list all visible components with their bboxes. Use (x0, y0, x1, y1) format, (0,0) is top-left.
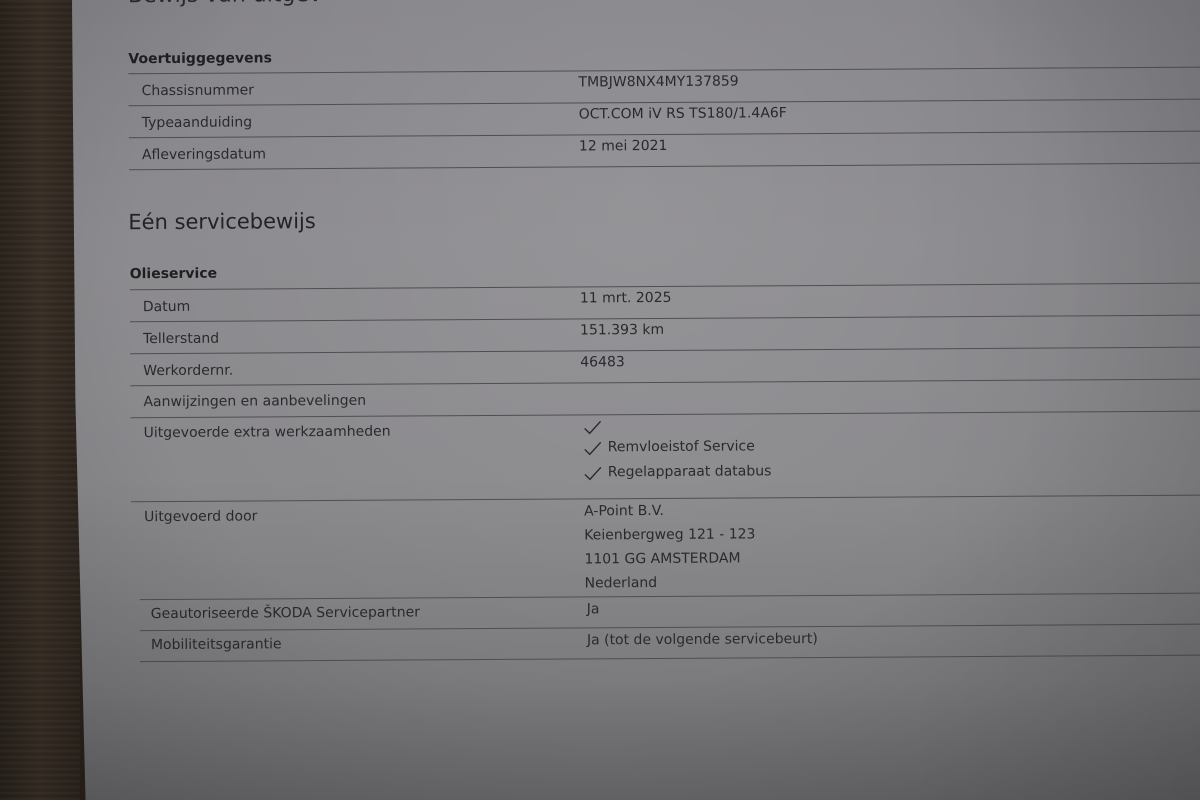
odometer-value: 151.393 km (580, 322, 664, 339)
authorized-partner-label: Geautoriseerde ŠKODA Servicepartner (151, 604, 420, 622)
table-row: Uitgevoerd door A-Point B.V. Keienbergwe… (131, 495, 1200, 605)
check-icon (584, 465, 602, 481)
document-title-cropped: Bewijs van uitgev (128, 0, 322, 8)
work-order-label: Werkordernr. (143, 363, 233, 380)
authorized-partner-value: Ja (587, 601, 600, 617)
performed-by-address: A-Point B.V. Keienbergweg 121 - 123 1101… (584, 498, 756, 595)
odometer-label: Tellerstand (143, 331, 219, 347)
delivery-date-value: 12 mei 2021 (579, 138, 668, 155)
service-section-title: Eén servicebewijs (128, 209, 316, 234)
oil-service-table: Datum 11 mrt. 2025 Tellerstand 151.393 k… (130, 283, 1200, 605)
table-row: Mobiliteitsgarantie Ja (tot de volgende … (140, 624, 1200, 663)
date-value: 11 mrt. 2025 (580, 290, 672, 307)
vehicle-data-table: Chassisnummer TMBJW8NX4MY137859 Typeaand… (128, 67, 1200, 171)
check-icon (584, 419, 602, 435)
mobility-guarantee-label: Mobiliteitsgarantie (151, 636, 282, 653)
type-label: Typeaanduiding (142, 114, 252, 131)
authorization-table: Geautoriseerde ŠKODA Servicepartner Ja M… (140, 593, 1200, 663)
recommendations-label: Aanwijzingen en aanbevelingen (143, 393, 366, 410)
type-value: OCT.COM iV RS TS180/1.4A6F (579, 105, 787, 122)
chassis-number-value: TMBJW8NX4MY137859 (578, 73, 738, 90)
extra-work-item: Remvloeistof Service (584, 434, 772, 460)
extra-work-item: Regelapparaat databus (584, 459, 772, 485)
mobility-guarantee-value: Ja (tot de volgende servicebeurt) (587, 631, 818, 648)
performed-by-label: Uitgevoerd door (144, 508, 257, 525)
date-label: Datum (143, 299, 190, 315)
work-order-value: 46483 (580, 354, 625, 370)
extra-work-list: Remvloeistof Service Regelapparaat datab… (584, 418, 772, 485)
dealer-city: 1101 GG AMSTERDAM (584, 546, 755, 571)
table-row: Uitgevoerde extra werkzaamheden Remvloei… (131, 411, 1200, 502)
service-document: Bewijs van uitgev Voertuiggegevens Chass… (0, 0, 1200, 800)
table-row: Afleveringsdatum 12 mei 2021 (129, 131, 1200, 171)
vehicle-data-heading: Voertuiggegevens (128, 50, 272, 67)
dealer-street: Keienbergweg 121 - 123 (584, 522, 755, 547)
dealer-name: A-Point B.V. (584, 498, 755, 523)
chassis-number-label: Chassisnummer (142, 82, 254, 99)
oil-service-heading: Olieservice (130, 266, 218, 283)
dealer-country: Nederland (585, 570, 756, 595)
delivery-date-label: Afleveringsdatum (142, 146, 266, 163)
extra-work-label: Uitgevoerde extra werkzaamheden (144, 424, 391, 442)
check-icon (584, 440, 602, 456)
extra-work-item (584, 418, 772, 435)
